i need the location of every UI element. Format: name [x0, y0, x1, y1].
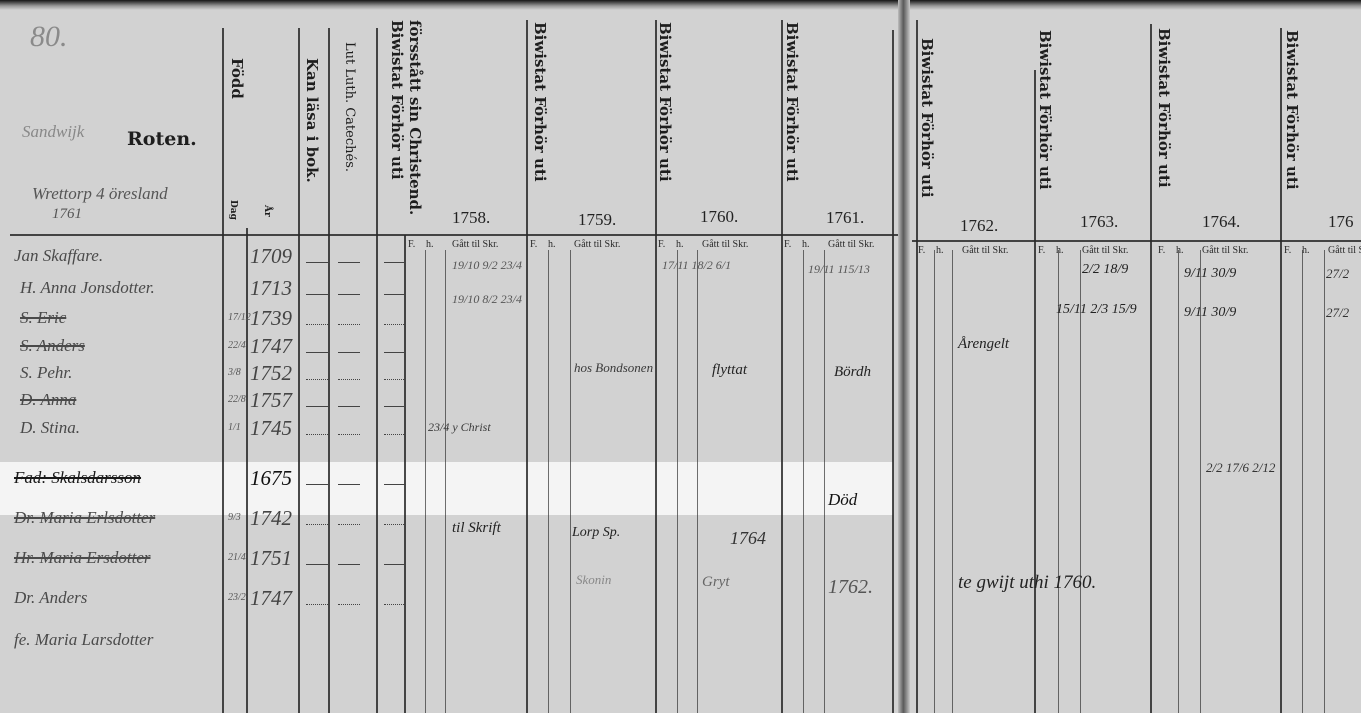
- person-name: Dr. Anders: [14, 588, 87, 608]
- annotation: 1762.: [828, 576, 873, 599]
- col-rule: [526, 20, 528, 713]
- person-name: S. Eric: [20, 308, 66, 328]
- col-rule: [298, 28, 300, 713]
- entry-mark: [306, 294, 328, 295]
- subheader-h: h.: [1302, 245, 1310, 256]
- year-1764: 1764.: [1202, 212, 1240, 232]
- birth-day: 22/4: [228, 340, 246, 351]
- entry-mark: [384, 604, 406, 606]
- entry-mark: [384, 294, 406, 295]
- header-forhor-1763: Biwistat Förhör uti: [1036, 30, 1054, 190]
- subheader-f: F.: [408, 239, 415, 250]
- col-rule: [445, 250, 446, 713]
- col-rule: [425, 250, 426, 713]
- col-rule: [548, 250, 549, 713]
- birth-day: 17/12: [228, 312, 251, 323]
- year-1763: 1763.: [1080, 212, 1118, 232]
- entry-mark: [306, 524, 328, 526]
- header-christendom-1: Biwistat Förhör uti: [388, 20, 406, 180]
- annotation: 23/4 y Christ: [428, 420, 491, 435]
- entry-mark: [306, 604, 328, 606]
- annotation: 1764: [730, 528, 766, 549]
- person-name: Hr. Maria Ersdotter: [14, 548, 150, 568]
- entry-mark: [384, 379, 406, 381]
- col-rule: [1280, 28, 1282, 713]
- annotation: Årengelt: [958, 336, 1009, 353]
- subheader-f: F.: [784, 239, 791, 250]
- subheader-h: h.: [426, 239, 434, 250]
- year-1762: 1762.: [960, 216, 998, 236]
- col-rule: [246, 228, 248, 713]
- header-rule-left: [10, 234, 898, 236]
- col-rule: [1150, 24, 1152, 713]
- birth-day: 3/8: [228, 367, 241, 378]
- header-rule-right: [912, 240, 1361, 242]
- annotation: 27/2: [1326, 266, 1349, 282]
- person-name: D. Anna: [20, 390, 76, 410]
- entry-mark: [338, 406, 360, 407]
- entry-mark: [384, 352, 406, 353]
- farm-year: 1761: [52, 206, 82, 223]
- birth-year: 1751: [250, 546, 292, 571]
- annotation: Skonin: [576, 572, 611, 588]
- subheader-f: F.: [658, 239, 665, 250]
- header-forhor-1762: Biwistat Förhör uti: [918, 38, 936, 198]
- farm-note: Wrettorp 4 öresland: [32, 184, 168, 204]
- entry-mark: [384, 406, 406, 407]
- year-1758: 1758.: [452, 208, 490, 228]
- entry-mark: [338, 352, 360, 353]
- person-name: Fad: Skalsdarsson: [14, 468, 141, 488]
- annotation: 19/10 9/2 23/4: [452, 258, 522, 273]
- subheader-f: F.: [1284, 245, 1291, 256]
- subheader-gatt: Gått til Skr.: [828, 239, 874, 250]
- subheader-h: h.: [548, 239, 556, 250]
- birth-year: 1745: [250, 416, 292, 441]
- annotation: Död: [828, 490, 857, 510]
- subheader-f: F.: [1158, 245, 1165, 256]
- entry-mark: [306, 262, 328, 263]
- col-rule: [570, 250, 571, 713]
- subheader-gatt: Gått til Skr.: [452, 239, 498, 250]
- birth-year: 1739: [250, 306, 292, 331]
- col-rule: [952, 250, 953, 713]
- annotation: te gwijt uthi 1760.: [958, 572, 1096, 594]
- col-rule: [1302, 250, 1303, 713]
- birth-year: 1752: [250, 361, 292, 386]
- col-rule: [1058, 250, 1059, 713]
- annotation: 27/2: [1326, 305, 1349, 321]
- header-fodd-dag: Dag: [228, 200, 238, 220]
- birth-day: 9/3: [228, 512, 241, 523]
- entry-mark: [306, 434, 328, 436]
- col-rule: [677, 250, 678, 713]
- annotation: 17/11 18/2 6/1: [662, 258, 731, 273]
- header-forhor-1765: Biwistat Förhör uti: [1283, 30, 1301, 190]
- page-number: 80.: [30, 20, 68, 54]
- subheader-h: h.: [802, 239, 810, 250]
- annotation: hos Bondsonen: [574, 360, 653, 376]
- person-name: D. Stina.: [20, 418, 80, 438]
- annotation: 19/11 115/13: [808, 262, 870, 277]
- birth-year: 1742: [250, 506, 292, 531]
- birth-year: 1757: [250, 388, 292, 413]
- annotation: Lorp Sp.: [572, 525, 620, 541]
- birth-day: 1/1: [228, 422, 241, 433]
- subheader-h: h.: [1056, 245, 1064, 256]
- year-1760: 1760.: [700, 207, 738, 227]
- header-forhor-1760: Biwistat Förhör uti: [656, 22, 674, 182]
- col-rule: [222, 28, 224, 713]
- subheader-h: h.: [936, 245, 944, 256]
- header-forhor-1761: Biwistat Förhör uti: [783, 22, 801, 182]
- header-forhor-1759: Biwistat Förhör uti: [531, 22, 549, 182]
- col-rule: [328, 28, 330, 713]
- subheader-gatt: Gått til Skr.: [1328, 245, 1361, 256]
- col-rule: [803, 250, 804, 713]
- book-gutter: [898, 0, 910, 713]
- header-fodd-ar: År: [262, 205, 272, 217]
- entry-mark: [306, 484, 328, 485]
- birth-year: 1747: [250, 334, 292, 359]
- col-rule: [404, 235, 406, 713]
- annotation: 15/11 2/3 15/9: [1056, 302, 1137, 318]
- entry-mark: [384, 324, 406, 326]
- book-top-edge: [0, 0, 1361, 10]
- entry-mark: [306, 324, 328, 326]
- col-rule: [697, 250, 698, 713]
- person-name: H. Anna Jonsdotter.: [20, 278, 155, 298]
- entry-mark: [384, 524, 406, 526]
- header-luth-catechesis: Lut Luth. Catechés.: [342, 42, 357, 172]
- birth-day: 23/2: [228, 592, 246, 603]
- entry-mark: [338, 262, 360, 263]
- col-rule: [892, 30, 894, 713]
- entry-mark: [306, 352, 328, 353]
- person-name: S. Pehr.: [20, 363, 72, 383]
- entry-mark: [384, 564, 406, 565]
- entry-mark: [384, 262, 406, 263]
- subheader-h: h.: [1176, 245, 1184, 256]
- col-rule: [376, 28, 378, 713]
- annotation: flyttat: [712, 362, 747, 379]
- entry-mark: [306, 379, 328, 381]
- birth-year: 1713: [250, 276, 292, 301]
- parish-register-page: 80. Sandwijk Roten. Wrettorp 4 öresland …: [0, 0, 1361, 713]
- birth-day: 22/8: [228, 394, 246, 405]
- entry-mark: [306, 564, 328, 565]
- entry-mark: [384, 434, 406, 436]
- annotation: Bördh: [834, 364, 871, 381]
- col-rule: [934, 250, 935, 713]
- subheader-gatt: Gått til Skr.: [702, 239, 748, 250]
- subheader-gatt: Gått til Skr.: [574, 239, 620, 250]
- header-forhor-1764: Biwistat Förhör uti: [1155, 28, 1173, 188]
- entry-mark: [338, 564, 360, 565]
- subheader-gatt: Gått til Skr.: [1202, 245, 1248, 256]
- header-kan-lasa: Kan läsa i bok.: [303, 58, 321, 183]
- annotation: 19/10 8/2 23/4: [452, 292, 522, 307]
- col-rule: [1324, 250, 1325, 713]
- entry-mark: [338, 379, 360, 381]
- subheader-h: h.: [676, 239, 684, 250]
- annotation: 9/11 30/9: [1184, 266, 1236, 282]
- birth-year: 1709: [250, 244, 292, 269]
- col-rule: [824, 250, 825, 713]
- entry-mark: [338, 294, 360, 295]
- annotation: 2/2 17/6 2/12: [1206, 460, 1275, 476]
- place-note: Sandwijk: [22, 122, 84, 142]
- entry-mark: [338, 484, 360, 485]
- birth-year: 1675: [250, 466, 292, 491]
- person-name: Dr. Maria Erlsdotter: [14, 508, 155, 528]
- col-rule: [1080, 250, 1081, 713]
- birth-year: 1747: [250, 586, 292, 611]
- entry-mark: [306, 406, 328, 407]
- birth-day: 21/4: [228, 552, 246, 563]
- entry-mark: [384, 484, 406, 485]
- col-rule: [1178, 250, 1179, 713]
- entry-mark: [338, 434, 360, 436]
- year-1761: 1761.: [826, 208, 864, 228]
- annotation: Gryt: [702, 574, 730, 591]
- person-name: fe. Maria Larsdotter: [14, 630, 153, 650]
- entry-mark: [338, 524, 360, 526]
- header-christendom-2: försstått sin Christend.: [406, 20, 424, 215]
- year-1759: 1759.: [578, 210, 616, 230]
- annotation: 2/2 18/9: [1082, 262, 1128, 278]
- subheader-gatt: Gått til Skr.: [1082, 245, 1128, 256]
- entry-mark: [338, 604, 360, 606]
- entry-mark: [338, 324, 360, 326]
- year-1765: 176: [1328, 212, 1354, 232]
- subheader-gatt: Gått til Skr.: [962, 245, 1008, 256]
- subheader-f: F.: [1038, 245, 1045, 256]
- annotation: 9/11 30/9: [1184, 305, 1236, 321]
- person-name: S. Anders: [20, 336, 85, 356]
- subheader-f: F.: [530, 239, 537, 250]
- person-name: Jan Skaffare.: [14, 246, 103, 266]
- header-fodd: Född: [228, 58, 246, 99]
- section-title: Roten.: [127, 128, 197, 150]
- annotation: til Skrift: [452, 520, 501, 537]
- subheader-f: F.: [918, 245, 925, 256]
